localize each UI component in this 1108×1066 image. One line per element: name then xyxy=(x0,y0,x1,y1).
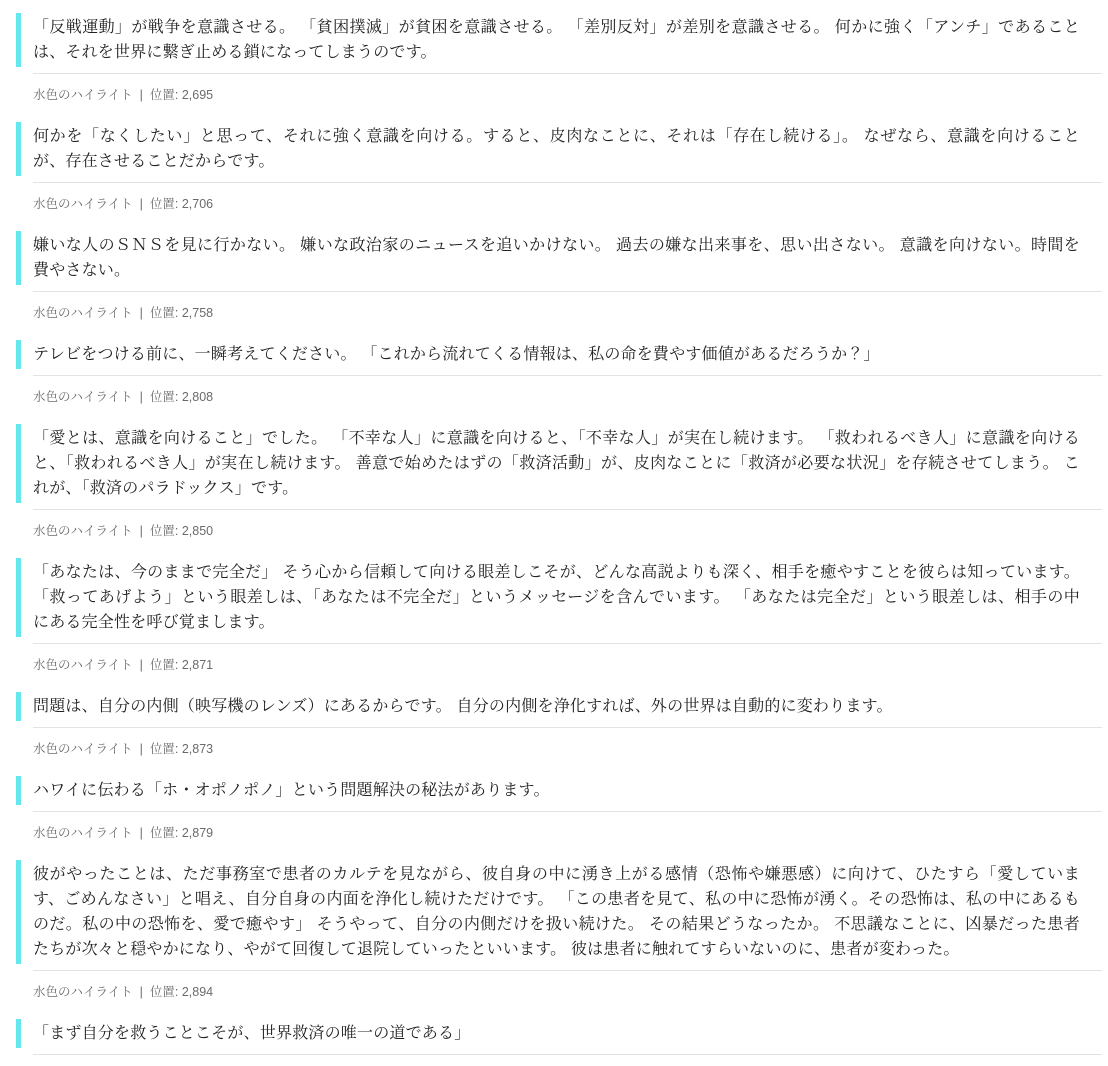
highlight-meta: 水色のハイライト|位置: 2,873 xyxy=(33,740,1102,758)
highlight-item: テレビをつける前に、一瞬考えてください。 「これから流れてくる情報は、私の命を費… xyxy=(16,340,1102,406)
highlight-item: 問題は、自分の内側（映写機のレンズ）にあるからです。 自分の内側を浄化すれば、外… xyxy=(16,692,1102,758)
divider xyxy=(33,291,1102,292)
highlights-list: 「反戦運動」が戦争を意識させる。 「貧困撲滅」が貧困を意識させる。 「差別反対」… xyxy=(16,13,1102,1055)
highlight-location: 位置: 2,808 xyxy=(150,390,213,404)
meta-separator: | xyxy=(140,985,143,999)
highlight-color-label: 水色のハイライト xyxy=(33,306,133,320)
highlight-location: 位置: 2,879 xyxy=(150,826,213,840)
highlight-item: 嫌いな人のＳＮＳを見に行かない。 嫌いな政治家のニュースを追いかけない。 過去の… xyxy=(16,231,1102,322)
highlight-text: 「あなたは、今のままで完全だ」 そう心から信頼して向ける眼差しこそが、どんな高説… xyxy=(16,558,1102,637)
meta-separator: | xyxy=(140,390,143,404)
divider xyxy=(33,375,1102,376)
divider xyxy=(33,182,1102,183)
divider xyxy=(33,73,1102,74)
highlight-color-label: 水色のハイライト xyxy=(33,658,133,672)
highlight-text: 「愛とは、意識を向けること」でした。 「不幸な人」に意識を向けると、「不幸な人」… xyxy=(16,424,1102,503)
highlight-text: 「反戦運動」が戦争を意識させる。 「貧困撲滅」が貧困を意識させる。 「差別反対」… xyxy=(16,13,1102,67)
highlight-color-label: 水色のハイライト xyxy=(33,197,133,211)
highlights-page: 「反戦運動」が戦争を意識させる。 「貧困撲滅」が貧困を意識させる。 「差別反対」… xyxy=(0,0,1108,1055)
meta-separator: | xyxy=(140,524,143,538)
highlight-item: 「反戦運動」が戦争を意識させる。 「貧困撲滅」が貧困を意識させる。 「差別反対」… xyxy=(16,13,1102,104)
highlight-color-label: 水色のハイライト xyxy=(33,524,133,538)
highlight-location: 位置: 2,695 xyxy=(150,88,213,102)
divider xyxy=(33,509,1102,510)
highlight-item: 何かを「なくしたい」と思って、それに強く意識を向ける。すると、皮肉なことに、それ… xyxy=(16,122,1102,213)
highlight-text: 何かを「なくしたい」と思って、それに強く意識を向ける。すると、皮肉なことに、それ… xyxy=(16,122,1102,176)
highlight-item: 「愛とは、意識を向けること」でした。 「不幸な人」に意識を向けると、「不幸な人」… xyxy=(16,424,1102,540)
highlight-item: 「あなたは、今のままで完全だ」 そう心から信頼して向ける眼差しこそが、どんな高説… xyxy=(16,558,1102,674)
meta-separator: | xyxy=(140,306,143,320)
highlight-location: 位置: 2,873 xyxy=(150,742,213,756)
highlight-meta: 水色のハイライト|位置: 2,808 xyxy=(33,388,1102,406)
meta-separator: | xyxy=(140,197,143,211)
highlight-color-label: 水色のハイライト xyxy=(33,742,133,756)
highlight-color-label: 水色のハイライト xyxy=(33,826,133,840)
highlight-meta: 水色のハイライト|位置: 2,894 xyxy=(33,983,1102,1001)
meta-separator: | xyxy=(140,826,143,840)
highlight-meta: 水色のハイライト|位置: 2,758 xyxy=(33,304,1102,322)
highlight-text: テレビをつける前に、一瞬考えてください。 「これから流れてくる情報は、私の命を費… xyxy=(16,340,1102,369)
divider xyxy=(33,1054,1102,1055)
highlight-item: 「まず自分を救うことこそが、世界救済の唯一の道である」 水色のハイライト|位置: xyxy=(16,1019,1102,1055)
divider xyxy=(33,643,1102,644)
highlight-location: 位置: 2,871 xyxy=(150,658,213,672)
highlight-color-label: 水色のハイライト xyxy=(33,985,133,999)
highlight-color-label: 水色のハイライト xyxy=(33,390,133,404)
highlight-location: 位置: 2,894 xyxy=(150,985,213,999)
meta-separator: | xyxy=(140,658,143,672)
highlight-text: 彼がやったことは、ただ事務室で患者のカルテを見ながら、彼自身の中に湧き上がる感情… xyxy=(16,860,1102,964)
highlight-location: 位置: 2,850 xyxy=(150,524,213,538)
meta-separator: | xyxy=(140,742,143,756)
highlight-location: 位置: 2,758 xyxy=(150,306,213,320)
highlight-text: 「まず自分を救うことこそが、世界救済の唯一の道である」 xyxy=(16,1019,1102,1048)
highlight-meta: 水色のハイライト|位置: 2,850 xyxy=(33,522,1102,540)
divider xyxy=(33,970,1102,971)
highlight-text: ハワイに伝わる「ホ・オポノポノ」という問題解決の秘法があります。 xyxy=(16,776,1102,805)
highlight-location: 位置: 2,706 xyxy=(150,197,213,211)
highlight-meta: 水色のハイライト|位置: 2,706 xyxy=(33,195,1102,213)
meta-separator: | xyxy=(140,88,143,102)
divider xyxy=(33,811,1102,812)
highlight-meta: 水色のハイライト|位置: 2,871 xyxy=(33,656,1102,674)
divider xyxy=(33,727,1102,728)
highlight-color-label: 水色のハイライト xyxy=(33,88,133,102)
highlight-item: ハワイに伝わる「ホ・オポノポノ」という問題解決の秘法があります。 水色のハイライ… xyxy=(16,776,1102,842)
highlight-item: 彼がやったことは、ただ事務室で患者のカルテを見ながら、彼自身の中に湧き上がる感情… xyxy=(16,860,1102,1001)
highlight-meta: 水色のハイライト|位置: 2,695 xyxy=(33,86,1102,104)
highlight-text: 問題は、自分の内側（映写機のレンズ）にあるからです。 自分の内側を浄化すれば、外… xyxy=(16,692,1102,721)
highlight-meta: 水色のハイライト|位置: 2,879 xyxy=(33,824,1102,842)
highlight-text: 嫌いな人のＳＮＳを見に行かない。 嫌いな政治家のニュースを追いかけない。 過去の… xyxy=(16,231,1102,285)
